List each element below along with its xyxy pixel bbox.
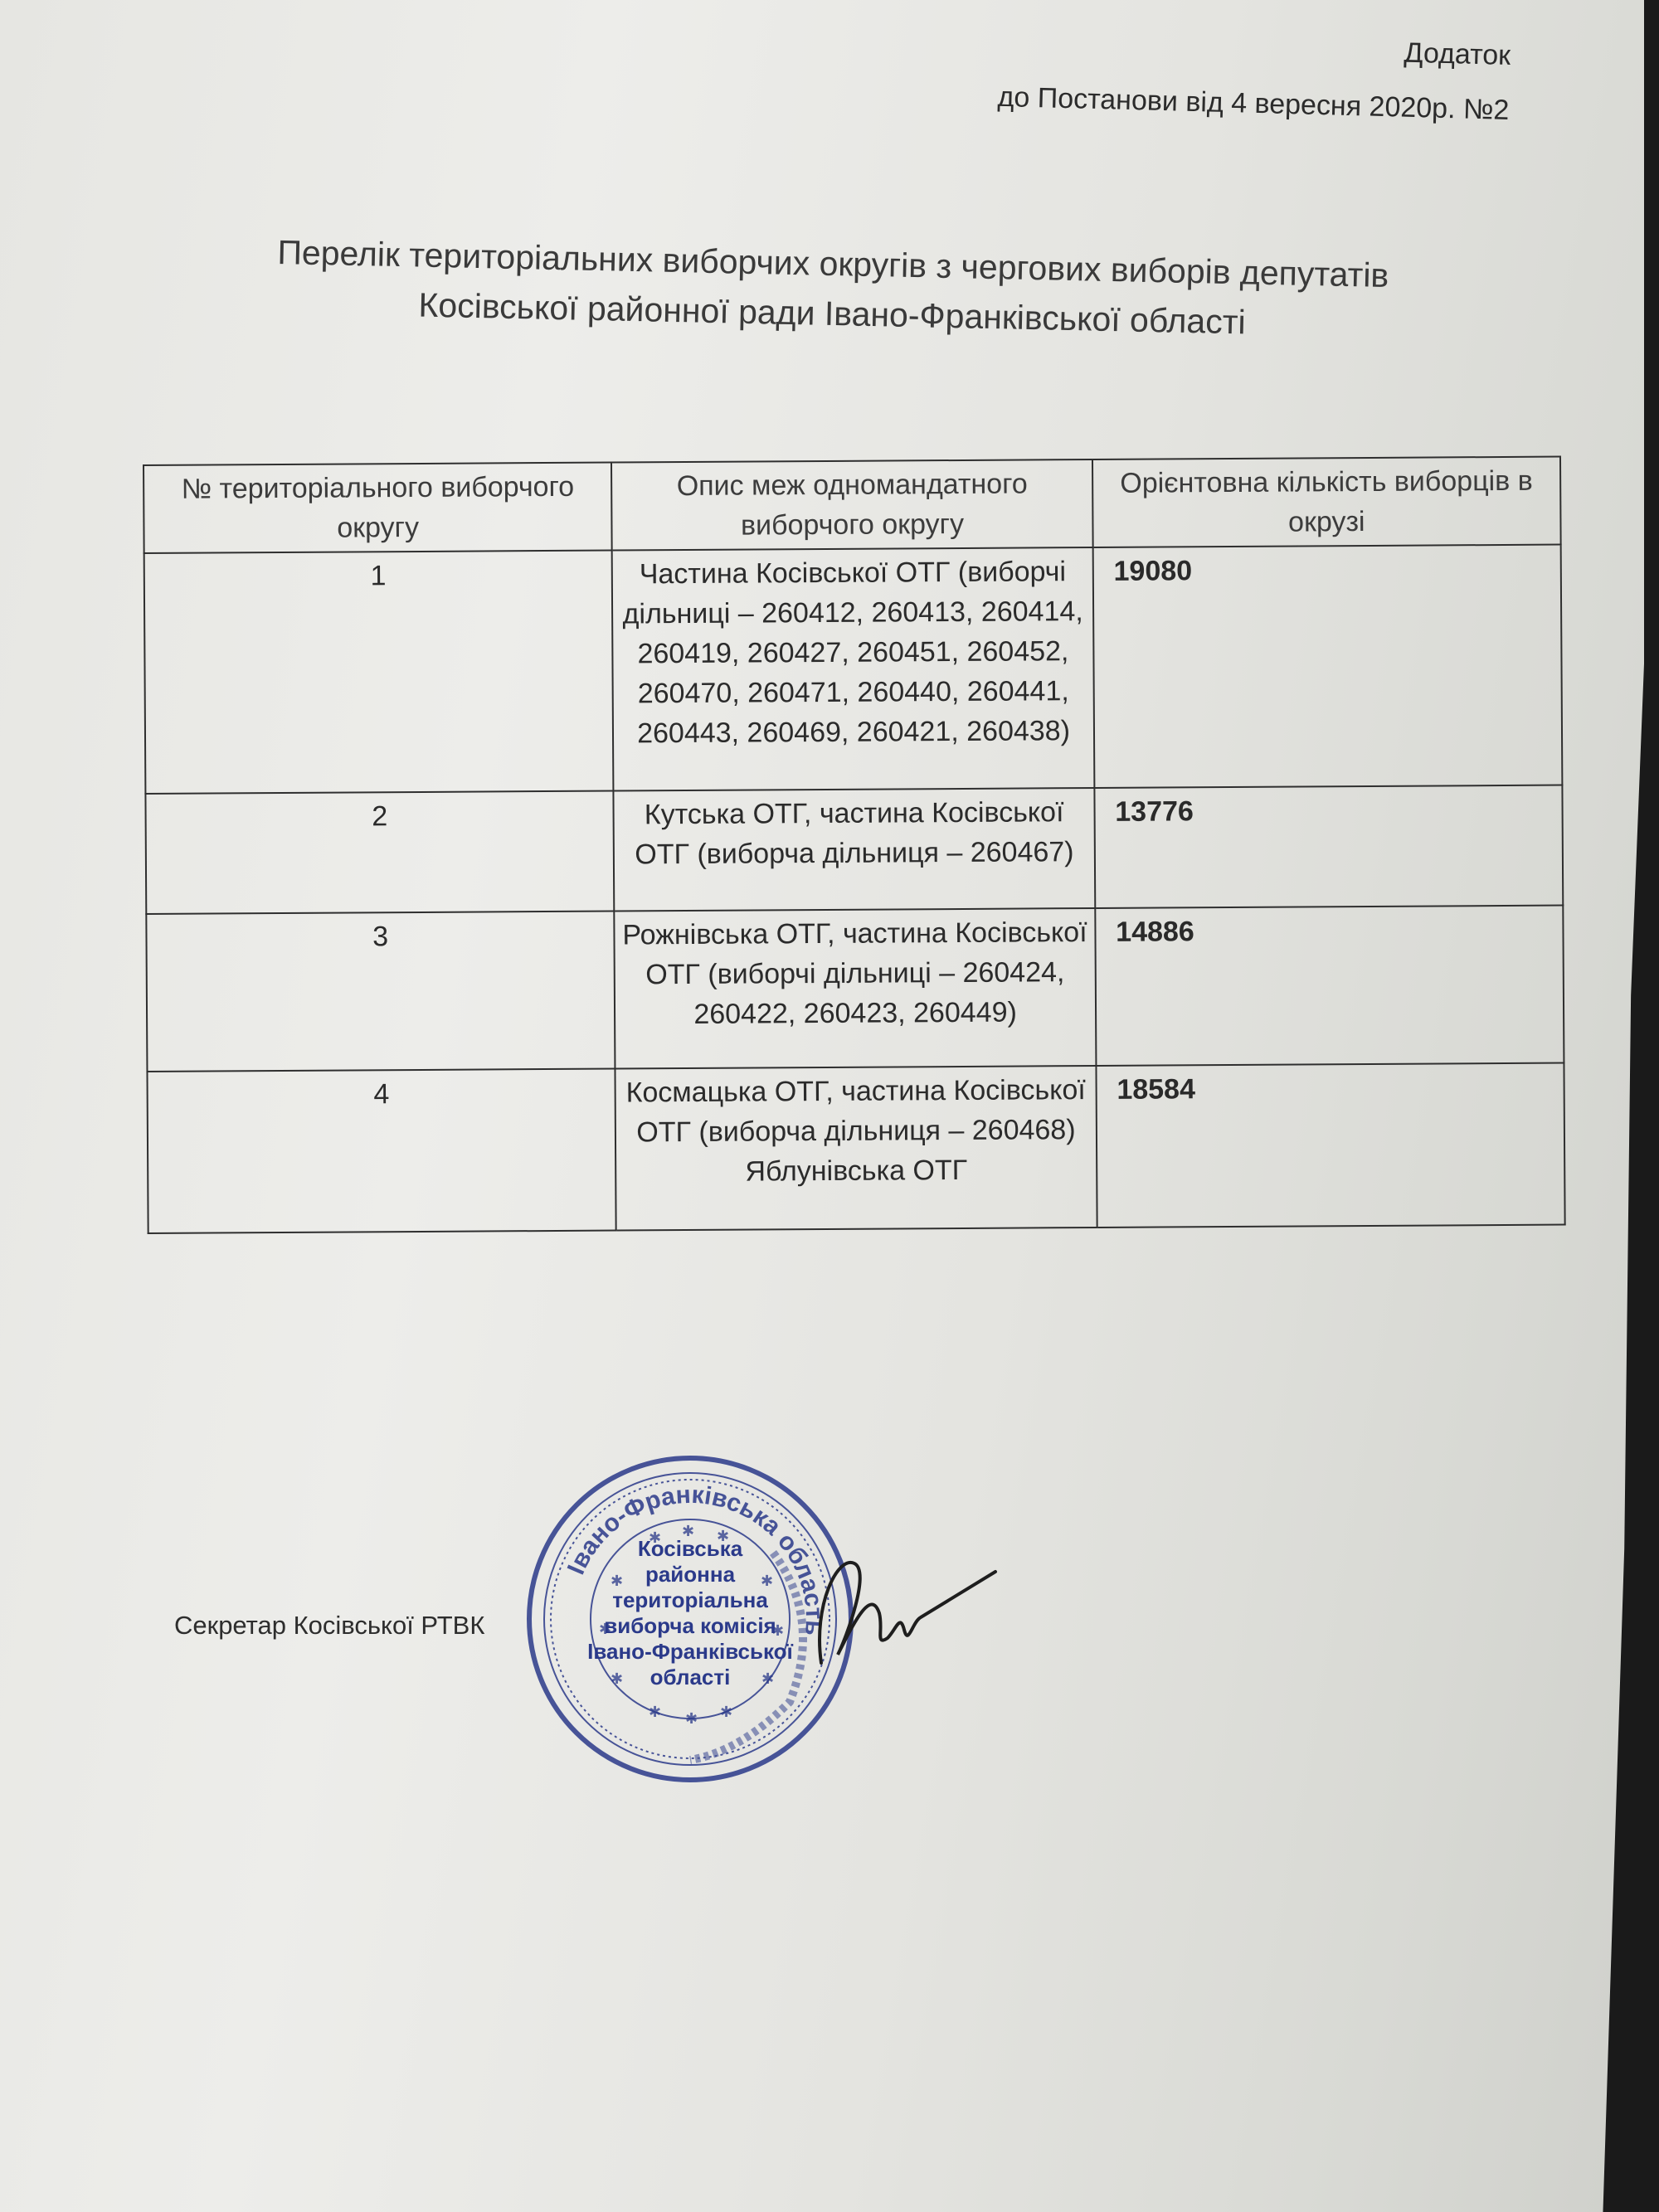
district-description: Частина Косівської ОТГ (виборчі дільниці…: [612, 547, 1094, 791]
districts-table-container: № територіального виборчого округу Опис …: [143, 456, 1566, 1234]
header-description: Опис меж одномандатного виборчого округу: [611, 459, 1092, 551]
document-title: Перелік територіальних виборчих округів …: [181, 226, 1485, 352]
voter-count: 13776: [1094, 785, 1563, 908]
header-voters: Орієнтовна кількість виборців в окрузі: [1092, 457, 1561, 547]
document-page: Додаток до Постанови від 4 вересня 2020р…: [0, 0, 1644, 2212]
voter-count: 19080: [1092, 545, 1562, 788]
voter-count: 18584: [1096, 1063, 1564, 1228]
district-number: 3: [146, 912, 615, 1072]
districts-table: № територіального виборчого округу Опис …: [143, 456, 1566, 1234]
table-row: 2 Кутська ОТГ, частина Косівської ОТГ (в…: [145, 785, 1563, 914]
voter-count: 14886: [1095, 906, 1564, 1066]
district-number: 4: [147, 1069, 616, 1233]
table-row: 3 Рожнівська ОТГ, частина Косівської ОТГ…: [146, 906, 1564, 1072]
table-header-row: № територіального виборчого округу Опис …: [144, 457, 1561, 553]
addendum-header: Додаток до Постанови від 4 вересня 2020р…: [997, 15, 1511, 138]
svg-text:✱: ✱: [649, 1704, 661, 1721]
signatory-label: Секретар Косівської РТВК: [174, 1611, 484, 1641]
handwritten-signature-icon: [805, 1539, 1004, 1680]
district-number: 2: [145, 791, 614, 914]
header-district-number: № територіального виборчого округу: [144, 463, 612, 553]
district-description: Рожнівська ОТГ, частина Косівської ОТГ (…: [615, 908, 1097, 1069]
district-description: Кутська ОТГ, частина Косівської ОТГ (виб…: [614, 788, 1095, 912]
table-row: 4 Космацька ОТГ, частина Косівської ОТГ …: [147, 1063, 1564, 1233]
district-number: 1: [144, 551, 614, 794]
table-row: 1 Частина Косівської ОТГ (виборчі дільни…: [144, 545, 1563, 794]
svg-text:✱: ✱: [685, 1710, 698, 1728]
district-description: Космацька ОТГ, частина Косівської ОТГ (в…: [615, 1066, 1097, 1231]
svg-text:✱: ✱: [720, 1704, 732, 1721]
